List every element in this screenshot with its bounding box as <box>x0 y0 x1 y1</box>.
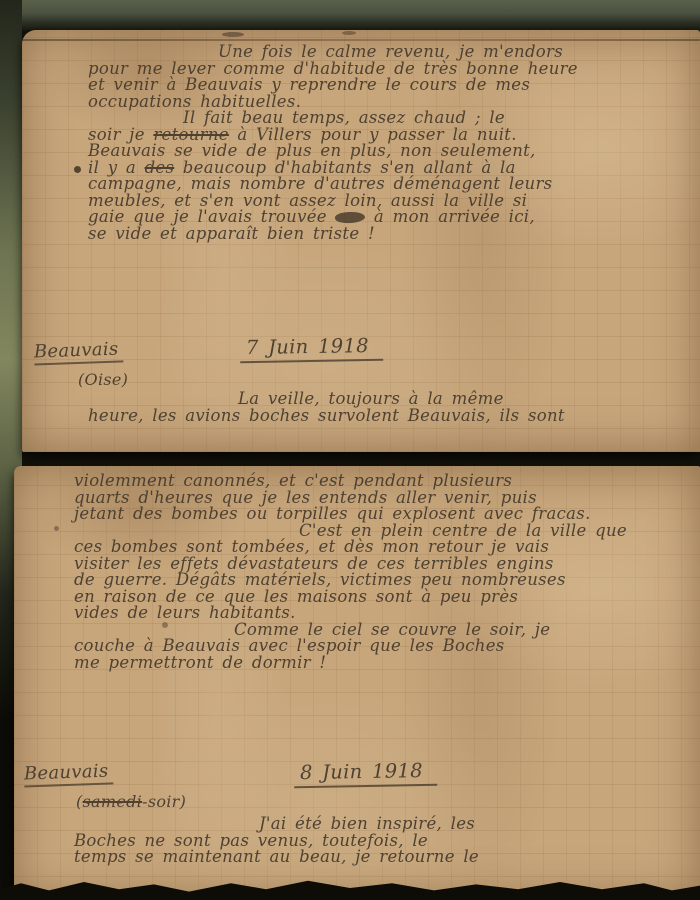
diary-line: soir je retourne à Villers pour y passer… <box>88 123 578 140</box>
margin-note-place: Beauvais <box>34 340 123 364</box>
date-heading-8-juin: 8 Juin 1918 <box>294 759 437 788</box>
ink-speck <box>54 526 59 531</box>
line-text: à mon arrivée ici, <box>365 207 535 226</box>
diary-line: de guerre. Dégâts matériels, victimes pe… <box>74 568 627 585</box>
diary-line: Beauvais se vide de plus en plus, non se… <box>88 139 578 156</box>
diary-line: J'ai été bien inspiré, les <box>74 812 479 829</box>
diary-page-bottom: violemment canonnés, et c'est pendant pl… <box>14 466 700 900</box>
margin-note-place: Beauvais <box>24 762 113 786</box>
date-heading-7-juin: 7 Juin 1918 <box>240 334 383 363</box>
diary-line: Une fois le calme revenu, je m'endors <box>88 40 578 57</box>
entry-start-7-juin: La veille, toujours à la même heure, les… <box>88 386 565 419</box>
notebook-cover-top-edge <box>0 0 700 30</box>
diary-line: campagne, mais nombre d'autres déménagen… <box>88 172 578 189</box>
diary-line: et venir à Beauvais y reprendre le cours… <box>88 73 578 90</box>
ink-speck <box>342 31 356 35</box>
struck-word: samedi <box>83 792 143 811</box>
diary-line: quarts d'heures que je les entends aller… <box>74 486 627 503</box>
diary-line: ces bombes sont tombées, et dès mon reto… <box>74 535 627 552</box>
diary-line: Boches ne sont pas venus, toutefois, le <box>74 829 479 846</box>
entry-continuation-7-juin: violemment canonnés, et c'est pendant pl… <box>74 469 627 667</box>
diary-line: jetant des bombes ou torpilles qui explo… <box>74 502 627 519</box>
margin-place-name: Beauvais <box>24 760 113 787</box>
entry-continuation-6-juin: Une fois le calme revenu, je m'endors po… <box>88 40 578 238</box>
margin-place-name: Beauvais <box>34 338 123 365</box>
diary-line: visiter les effets dévastateurs de ces t… <box>74 552 627 569</box>
diary-line: La veille, toujours à la même <box>88 386 565 403</box>
diary-line: pour me lever comme d'habitude de très b… <box>88 57 578 74</box>
diary-line: temps se maintenant au beau, je retourne… <box>74 845 479 862</box>
diary-line: il y a des beaucoup d'habitants s'en all… <box>88 156 578 173</box>
margin-annotation-text: -soir) <box>142 792 186 811</box>
ink-speck <box>74 166 81 173</box>
entry-start-8-juin: J'ai été bien inspiré, les Boches ne son… <box>74 812 479 862</box>
diary-line: violemment canonnés, et c'est pendant pl… <box>74 469 627 486</box>
diary-line: meubles, et s'en vont assez loin, aussi … <box>88 189 578 206</box>
margin-note-annotation: (samedi-soir) <box>76 792 186 811</box>
diary-line: heure, les avions boches survolent Beauv… <box>88 403 565 420</box>
diary-line: gaie que je l'avais trouvée à mon arrivé… <box>88 205 578 222</box>
ink-speck <box>222 32 244 37</box>
diary-page-top: Une fois le calme revenu, je m'endors po… <box>22 30 700 452</box>
